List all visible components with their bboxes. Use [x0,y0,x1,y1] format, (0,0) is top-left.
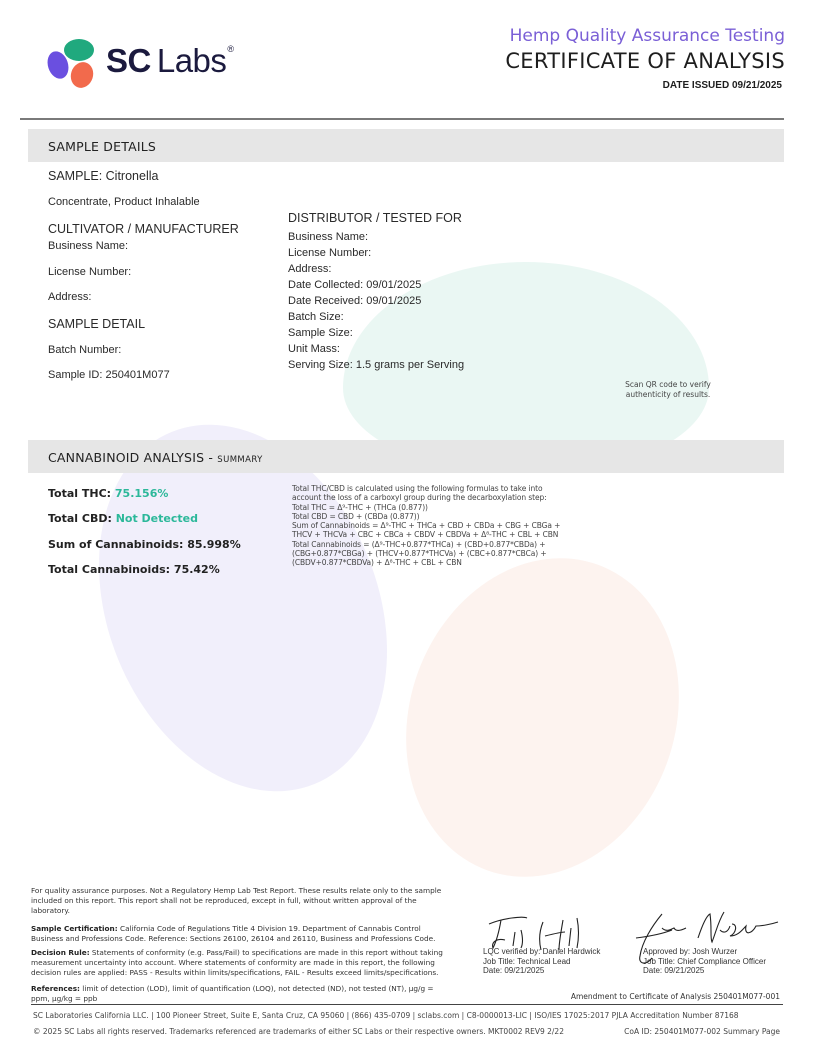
lqc-job-title: Job Title: Technical Lead [483,957,600,967]
cultivator-license-number: License Number: [48,266,131,278]
footer-address: SC Laboratories California LLC. | 100 Pi… [33,1011,739,1020]
sample-details-header: SAMPLE DETAILS [28,129,784,162]
formula-line: THCV + THCVa + CBC + CBCa + CBDV + CBDVa… [292,530,560,539]
logo-sc: SC [106,42,151,79]
references-label: References: [31,984,80,993]
formula-line: Total Cannabinoids = (Δ⁹-THC+0.877*THCa)… [292,540,560,549]
batch-size: Batch Size: [288,311,344,323]
decision-rule-label: Decision Rule: [31,948,90,957]
coa-id: CoA ID: 250401M077-002 Summary Page [624,1027,780,1036]
cannabinoid-analysis-header: CANNABINOID ANALYSIS - SUMMARY [28,440,784,473]
header-subtitle: Hemp Quality Assurance Testing [510,26,785,46]
total-cbd-label: Total CBD: [48,512,116,525]
logo-labs: Labs [157,42,227,79]
total-thc-label: Total THC: [48,487,115,500]
sample-category: Concentrate, Product Inhalable [48,196,200,208]
total-cbd: Total CBD: Not Detected [48,512,198,525]
formula-line: account the loss of a carboxyl group dur… [292,493,560,502]
registered-mark: ® [227,44,233,54]
calculation-formulas: Total THC/CBD is calculated using the fo… [292,484,560,568]
formula-line: Total THC = Δ⁹-THC + (THCa (0.877)) [292,503,560,512]
serving-size: Serving Size: 1.5 grams per Serving [288,359,464,371]
header-divider [20,118,784,120]
references: References: limit of detection (LOD), li… [31,984,451,1004]
sample-certification-label: Sample Certification: [31,924,118,933]
qr-verify-note: Scan QR code to verify authenticity of r… [612,380,724,400]
decision-rule: Decision Rule: Statements of conformity … [31,948,451,978]
references-text: limit of detection (LOD), limit of quant… [31,984,434,1003]
signature-block-lqc: LQC verified by: Daniel Hardwick Job Tit… [483,910,623,975]
background-blob-peach [362,519,722,915]
footer-copyright: © 2025 SC Labs all rights reserved. Trad… [33,1027,564,1036]
cannabinoid-analysis-title-summary: SUMMARY [217,455,262,465]
cannabinoid-analysis-title-main: CANNABINOID ANALYSIS - [48,450,217,465]
sc-labs-logo: SCLabs® [46,38,266,88]
date-collected: Date Collected: 09/01/2025 [288,279,421,291]
batch-number: Batch Number: [48,344,121,356]
total-thc-value: 75.156% [115,487,168,500]
formula-line: Total CBD = CBD + (CBDa (0.877)) [292,512,560,521]
logo-mark-icon [46,38,102,90]
cannabinoid-analysis-title: CANNABINOID ANALYSIS - SUMMARY [48,450,263,465]
cultivator-business-name: Business Name: [48,240,128,252]
lqc-date: Date: 09/21/2025 [483,966,600,976]
distributor-license-number: License Number: [288,247,371,259]
signature-josh-wurzer-icon [632,908,782,968]
sample-details-title: SAMPLE DETAILS [48,139,156,154]
page-title: CERTIFICATE OF ANALYSIS [505,49,785,73]
decision-rule-text: Statements of conformity (e.g. Pass/Fail… [31,948,443,977]
distributor-business-name: Business Name: [288,231,368,243]
formula-line: Sum of Cannabinoids = Δ⁹-THC + THCa + CB… [292,521,560,530]
signature-daniel-hardwick-icon [483,910,603,954]
total-cannabinoids: Total Cannabinoids: 75.42% [48,563,220,576]
distributor-address: Address: [288,263,331,275]
signature-block-approved: Approved by: Josh Wurzer Job Title: Chie… [640,908,790,978]
cultivator-address: Address: [48,291,91,303]
formula-line: (CBDV+0.877*CBDVa) + Δ⁸-THC + CBL + CBN [292,558,560,567]
sample-detail-heading: SAMPLE DETAIL [48,317,145,331]
disclaimer-intro: For quality assurance purposes. Not a Re… [31,886,451,916]
sum-of-cannabinoids: Sum of Cannabinoids: 85.998% [48,538,241,551]
unit-mass: Unit Mass: [288,343,340,355]
sample-name: SAMPLE: Citronella [48,169,158,183]
date-received: Date Received: 09/01/2025 [288,295,421,307]
footer-divider [31,1004,783,1005]
sample-size: Sample Size: [288,327,353,339]
amendment-note: Amendment to Certificate of Analysis 250… [571,992,780,1001]
date-issued: DATE ISSUED 09/21/2025 [663,80,782,91]
formula-line: (CBG+0.877*CBGa) + (THCV+0.877*THCVa) + … [292,549,560,558]
cultivator-heading: CULTIVATOR / MANUFACTURER [48,222,239,236]
total-thc: Total THC: 75.156% [48,487,168,500]
distributor-heading: DISTRIBUTOR / TESTED FOR [288,211,462,225]
total-cbd-value: Not Detected [116,512,198,525]
sample-id: Sample ID: 250401M077 [48,369,170,381]
formula-line: Total THC/CBD is calculated using the fo… [292,484,560,493]
sample-certification: Sample Certification: California Code of… [31,924,451,944]
logo-wordmark: SCLabs® [106,42,234,80]
